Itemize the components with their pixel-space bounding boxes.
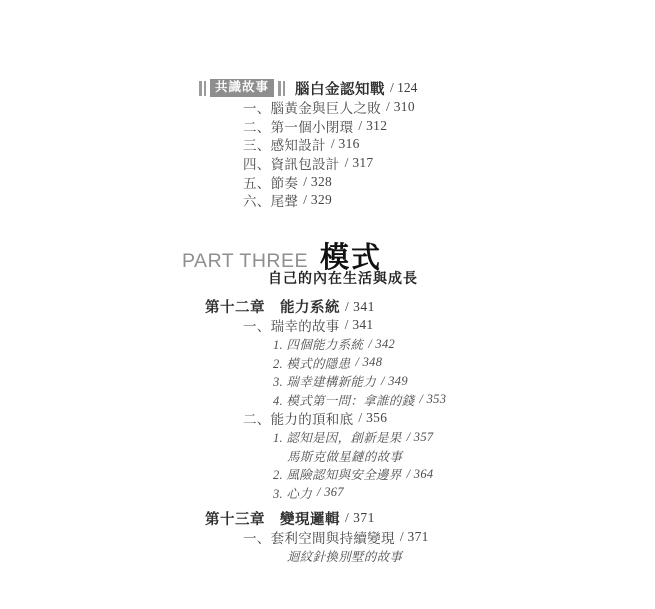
toc-item: 五、節奏/ 328 (243, 172, 625, 191)
page-number: / 357 (407, 430, 434, 445)
page-number: / 364 (407, 467, 434, 482)
section-title: 腦白金認知戰 (295, 78, 385, 99)
toc-item: 一、套利空間與持續變現/ 371 (243, 528, 625, 547)
page-number: / 124 (390, 80, 417, 96)
page-number: / 329 (303, 192, 332, 208)
part-title: 模式 (320, 246, 382, 270)
toc-item: 1. 認知是因，創新是果/ 357 (273, 428, 625, 447)
page-number: / 342 (368, 337, 395, 352)
chapter-title: 第十二章 能力系統 (205, 296, 340, 317)
page-number: / 371 (345, 510, 375, 526)
chapter-heading: 第十二章 能力系統 / 341 (205, 298, 625, 317)
toc-item: 一、瑞幸的故事/ 341 (243, 316, 625, 335)
toc-item-label: 迴紋針換別墅的故事 (287, 547, 402, 565)
page-number: / 371 (400, 529, 429, 545)
part-divider: PART THREE 模式 自己的內在生活與成長 (182, 246, 625, 286)
toc-item-label: 馬斯克做星鏈的故事 (287, 447, 402, 465)
toc-item: 三、感知設計/ 316 (243, 135, 625, 154)
section-header: 共識故事 腦白金認知戰 / 124 (195, 78, 625, 98)
toc-item-label: 1. 四個能力系統 (273, 335, 363, 353)
toc-item: 六、尾聲/ 329 (243, 191, 625, 210)
toc-item-label: 二、能力的頂和底 (243, 408, 353, 428)
page-number: / 353 (419, 392, 446, 407)
page-number: / 341 (345, 299, 375, 315)
page-number: / 316 (331, 136, 360, 152)
toc-item: 1. 四個能力系統/ 342 (273, 335, 625, 354)
toc-item: 二、第一個小閉環/ 312 (243, 117, 625, 136)
toc-item-label: 4. 模式第一問：拿誰的錢 (273, 391, 414, 409)
toc-item-label: 五、節奏 (243, 172, 298, 192)
chapter-heading: 第十三章 變現邏輯 / 371 (205, 509, 625, 528)
double-bar-left-icon (199, 81, 206, 96)
page-number: / 328 (303, 174, 332, 190)
page-number: / 356 (358, 410, 387, 426)
page-number: / 312 (358, 118, 387, 134)
page-number: / 341 (345, 317, 374, 333)
toc-item-label: 一、套利空間與持續變現 (243, 527, 395, 547)
toc-item: 3. 心力/ 367 (273, 484, 625, 503)
page-number: / 310 (386, 99, 415, 115)
toc-item-label: 3. 心力 (273, 484, 312, 502)
toc-item-label: 3. 瑞幸建構新能力 (273, 372, 376, 390)
toc-item: 一、腦黃金與巨人之敗/ 310 (243, 98, 625, 117)
toc-item-label: 2. 風險認知與安全邊界 (273, 465, 402, 483)
toc-item: 2. 風險認知與安全邊界/ 364 (273, 465, 625, 484)
page-number: / 348 (355, 355, 382, 370)
toc-item: 4. 模式第一問：拿誰的錢/ 353 (273, 391, 625, 410)
part-subtitle: 自己的內在生活與成長 (268, 271, 625, 286)
toc-item-label: 二、第一個小閉環 (243, 116, 353, 136)
toc-item-note: 馬斯克做星鏈的故事 (287, 446, 625, 465)
toc-content: 共識故事 腦白金認知戰 / 124 一、腦黃金與巨人之敗/ 310 二、第一個小… (205, 78, 625, 565)
toc-item-label: 一、腦黃金與巨人之敗 (243, 97, 381, 117)
toc-item: 二、能力的頂和底/ 356 (243, 409, 625, 428)
chapter-title: 第十三章 變現邏輯 (205, 508, 340, 529)
double-bar-right-icon (278, 81, 285, 96)
toc-item-label: 一、瑞幸的故事 (243, 315, 340, 335)
toc-item-label: 1. 認知是因，創新是果 (273, 428, 402, 446)
toc-item-note: 迴紋針換別墅的故事 (287, 546, 625, 565)
page-number: / 349 (381, 374, 408, 389)
toc-item: 3. 瑞幸建構新能力/ 349 (273, 372, 625, 391)
section-badge: 共識故事 (210, 79, 274, 97)
toc-item: 四、資訊包設計/ 317 (243, 154, 625, 173)
toc-item-label: 四、資訊包設計 (243, 153, 340, 173)
book-toc-page: 共識故事 腦白金認知戰 / 124 一、腦黃金與巨人之敗/ 310 二、第一個小… (0, 0, 655, 609)
page-number: / 367 (317, 485, 344, 500)
part-heading: PART THREE 模式 (182, 246, 625, 270)
page-number: / 317 (345, 155, 374, 171)
toc-item-label: 2. 模式的隱患 (273, 354, 350, 372)
toc-item-label: 三、感知設計 (243, 134, 326, 154)
toc-item: 2. 模式的隱患/ 348 (273, 353, 625, 372)
toc-item-label: 六、尾聲 (243, 190, 298, 210)
